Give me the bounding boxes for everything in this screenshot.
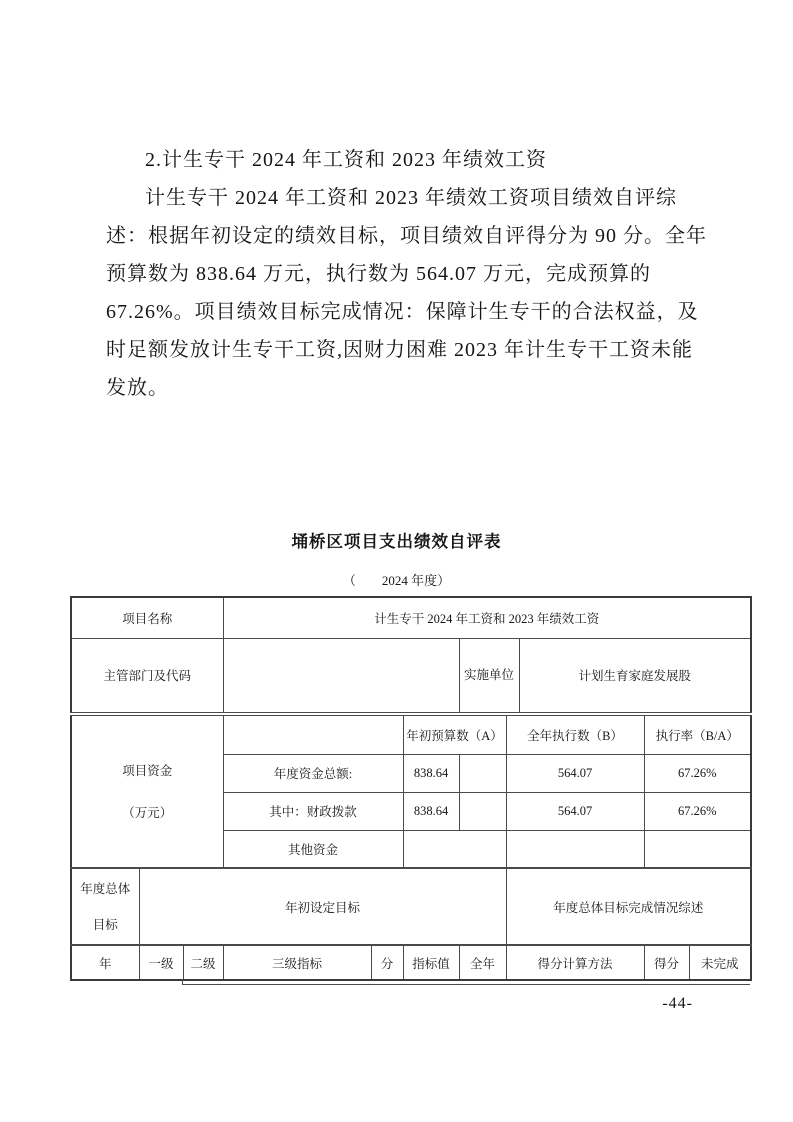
- total-funds-label: 年度资金总额:: [223, 754, 403, 792]
- fiscal-funds-exec: 564.07: [506, 792, 644, 830]
- initial-goal-header: 年初设定目标: [139, 868, 506, 945]
- dept-code-value: [223, 638, 459, 714]
- table-title: 埇桥区项目支出绩效自评表: [0, 528, 793, 552]
- paragraph-line: 时足额发放计生专干工资,因财力困难 2023 年计生专干工资未能: [106, 331, 698, 369]
- total-funds-rate: 67.26%: [644, 754, 751, 792]
- indicator-header-method: 得分计算方法: [506, 945, 644, 980]
- project-funds-label: 项目资金 （万元）: [71, 714, 223, 868]
- table-subtitle: （ 2024 年度）: [0, 570, 793, 589]
- project-funds-label-line1: 项目资金: [74, 762, 221, 780]
- section-heading: 2.计生专干 2024 年工资和 2023 年绩效工资: [106, 141, 698, 179]
- indicator-header-value: 指标值: [403, 945, 459, 980]
- fiscal-funds-label: 其中：财政拨款: [223, 792, 403, 830]
- summary-paragraph: 2.计生专干 2024 年工资和 2023 年绩效工资 计生专干 2024 年工…: [106, 141, 698, 407]
- total-funds-exec: 564.07: [506, 754, 644, 792]
- table-continuation-line: [182, 984, 750, 985]
- table-row: 项目资金 （万元） 年初预算数（A） 全年执行数（B） 执行率（B/A）: [71, 714, 751, 754]
- other-funds-rate: [644, 830, 751, 868]
- indicator-header-points: 得分: [644, 945, 689, 980]
- page-number: -44-: [70, 995, 693, 1013]
- table-continuation-stub: [182, 979, 183, 985]
- other-funds-exec: [506, 830, 644, 868]
- annual-goal-label-line2: 目标: [74, 907, 137, 943]
- table-row: 主管部门及代码 实施单位 计划生育家庭发展股: [71, 638, 751, 714]
- other-funds-budget: [403, 830, 506, 868]
- impl-unit-label: 实施单位: [459, 638, 519, 714]
- indicator-header-year: 年: [71, 945, 139, 980]
- table-row: 年 一级 二级 三级指标 分 指标值 全年 得分计算方法 得分 未完成: [71, 945, 751, 980]
- project-name-value: 计生专干 2024 年工资和 2023 年绩效工资: [223, 597, 751, 638]
- indicator-header-level3: 三级指标: [223, 945, 371, 980]
- project-funds-label-line2: （万元）: [74, 804, 221, 822]
- indicator-header-fullyear: 全年: [459, 945, 506, 980]
- table-row: 项目名称 计生专干 2024 年工资和 2023 年绩效工资: [71, 597, 751, 638]
- paragraph-line: 述：根据年初设定的绩效目标，项目绩效自评得分为 90 分。全年: [106, 217, 698, 255]
- spacer-cell: [459, 754, 506, 792]
- indicator-header-score: 分: [371, 945, 403, 980]
- self-evaluation-table: 项目名称 计生专干 2024 年工资和 2023 年绩效工资 主管部门及代码 实…: [70, 596, 752, 981]
- budget-column-header: 年初预算数（A）: [403, 714, 506, 754]
- fiscal-funds-rate: 67.26%: [644, 792, 751, 830]
- paragraph-line: 发放。: [106, 369, 698, 407]
- indicator-header-incomplete: 未完成: [689, 945, 751, 980]
- other-funds-label: 其他资金: [223, 830, 403, 868]
- annual-goal-label-line1: 年度总体: [74, 871, 137, 907]
- dept-code-label: 主管部门及代码: [71, 638, 223, 714]
- paragraph-line: 预算数为 838.64 万元，执行数为 564.07 万元，完成预算的: [106, 255, 698, 293]
- total-funds-budget: 838.64: [403, 754, 459, 792]
- paragraph-line: 计生专干 2024 年工资和 2023 年绩效工资项目绩效自评综: [106, 179, 698, 217]
- execution-column-header: 全年执行数（B）: [506, 714, 644, 754]
- table-row: 年度总体 目标 年初设定目标 年度总体目标完成情况综述: [71, 868, 751, 945]
- indicator-header-level1: 一级: [139, 945, 183, 980]
- completion-summary-header: 年度总体目标完成情况综述: [506, 868, 751, 945]
- paragraph-line: 67.26%。项目绩效目标完成情况：保障计生专干的合法权益，及: [106, 293, 698, 331]
- impl-unit-value: 计划生育家庭发展股: [519, 638, 751, 714]
- annual-goal-label: 年度总体 目标: [71, 868, 139, 945]
- funds-blank-header-cell: [223, 714, 403, 754]
- document-page: 2.计生专干 2024 年工资和 2023 年绩效工资 计生专干 2024 年工…: [0, 0, 793, 1122]
- rate-column-header: 执行率（B/A）: [644, 714, 751, 754]
- spacer-cell: [459, 792, 506, 830]
- fiscal-funds-budget: 838.64: [403, 792, 459, 830]
- project-name-label: 项目名称: [71, 597, 223, 638]
- indicator-header-level2: 二级: [183, 945, 223, 980]
